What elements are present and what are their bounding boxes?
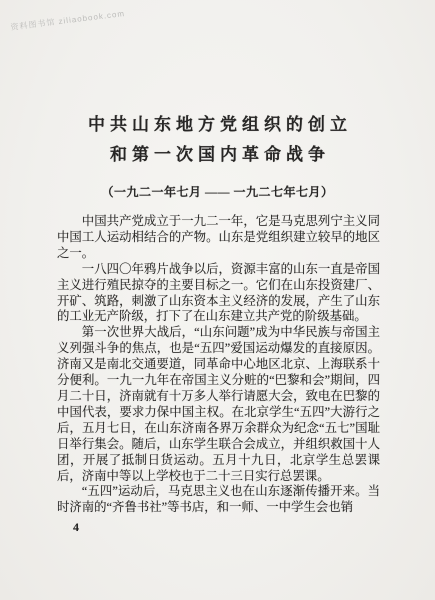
book-page: 资料图书馆 ziliaobook.com 中共山东地方党组织的创立 和第一次国内… [0,0,435,600]
paragraph-1: 中国共产党成立于一九二一年，它是马克思列宁主义同中国工人运动相结合的产物。山东是… [57,214,380,262]
chapter-title-line-2: 和第一次国内革命战争 [0,140,435,170]
paragraph-4: “五四”运动后，马克思主义也在山东逐渐传播开来。当时济南的“齐鲁书社”等书店，和… [57,484,380,516]
chapter-header: 中共山东地方党组织的创立 和第一次国内革命战争 （一九二一年七月 —— 一九二七… [0,0,435,200]
body-text: 中国共产党成立于一九二一年，它是马克思列宁主义同中国工人运动相结合的产物。山东是… [57,214,380,516]
paragraph-3: 第一次世界大战后，“山东问题”成为中华民族与帝国主义列强斗争的焦点，也是“五四”… [57,325,380,484]
chapter-title-line-1: 中共山东地方党组织的创立 [0,110,435,140]
chapter-date-range: （一九二一年七月 —— 一九二七年七月） [0,183,435,200]
paragraph-2: 一八四〇年鸦片战争以后，资源丰富的山东一直是帝国主义进行殖民掠夺的主要目标之一。… [57,262,380,326]
page-number: 4 [73,520,79,535]
